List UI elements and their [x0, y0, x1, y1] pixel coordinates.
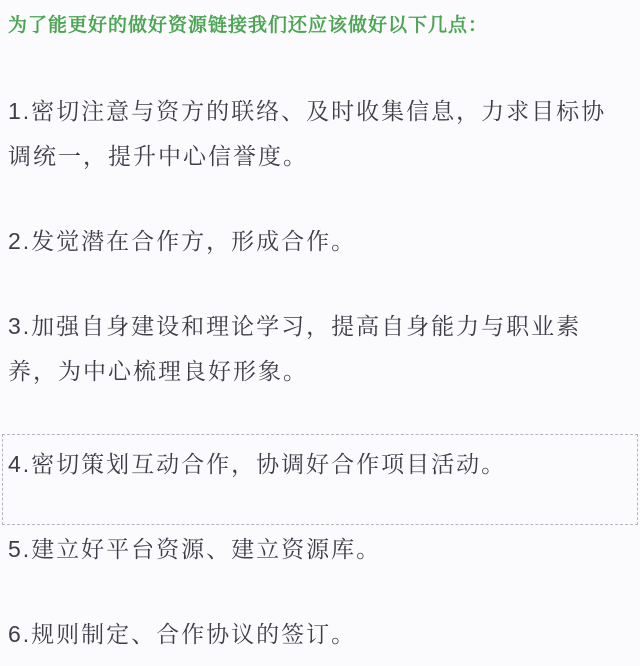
list-item-1: 1.密切注意与资方的联络、及时收集信息，力求目标协 调统一，提升中心信誉度。 [8, 89, 632, 179]
list-item-5: 5.建立好平台资源、建立资源库。 [8, 527, 632, 572]
article-heading: 为了能更好的做好资源链接我们还应该做好以下几点： [8, 12, 632, 39]
article-page: 为了能更好的做好资源链接我们还应该做好以下几点： 1.密切注意与资方的联络、及时… [0, 0, 640, 666]
selection-box[interactable]: 4.密切策划互动合作，协调好合作项目活动。 [2, 434, 638, 525]
list-item-3: 3.加强自身建设和理论学习，提高自身能力与职业素 养，为中心梳理良好形象。 [8, 304, 632, 394]
list-item-2: 2.发觉潜在合作方，形成合作。 [8, 219, 632, 264]
list-item-6: 6.规则制定、合作协议的签订。 [8, 612, 632, 657]
list-item-4: 4.密切策划互动合作，协调好合作项目活动。 [8, 442, 632, 487]
